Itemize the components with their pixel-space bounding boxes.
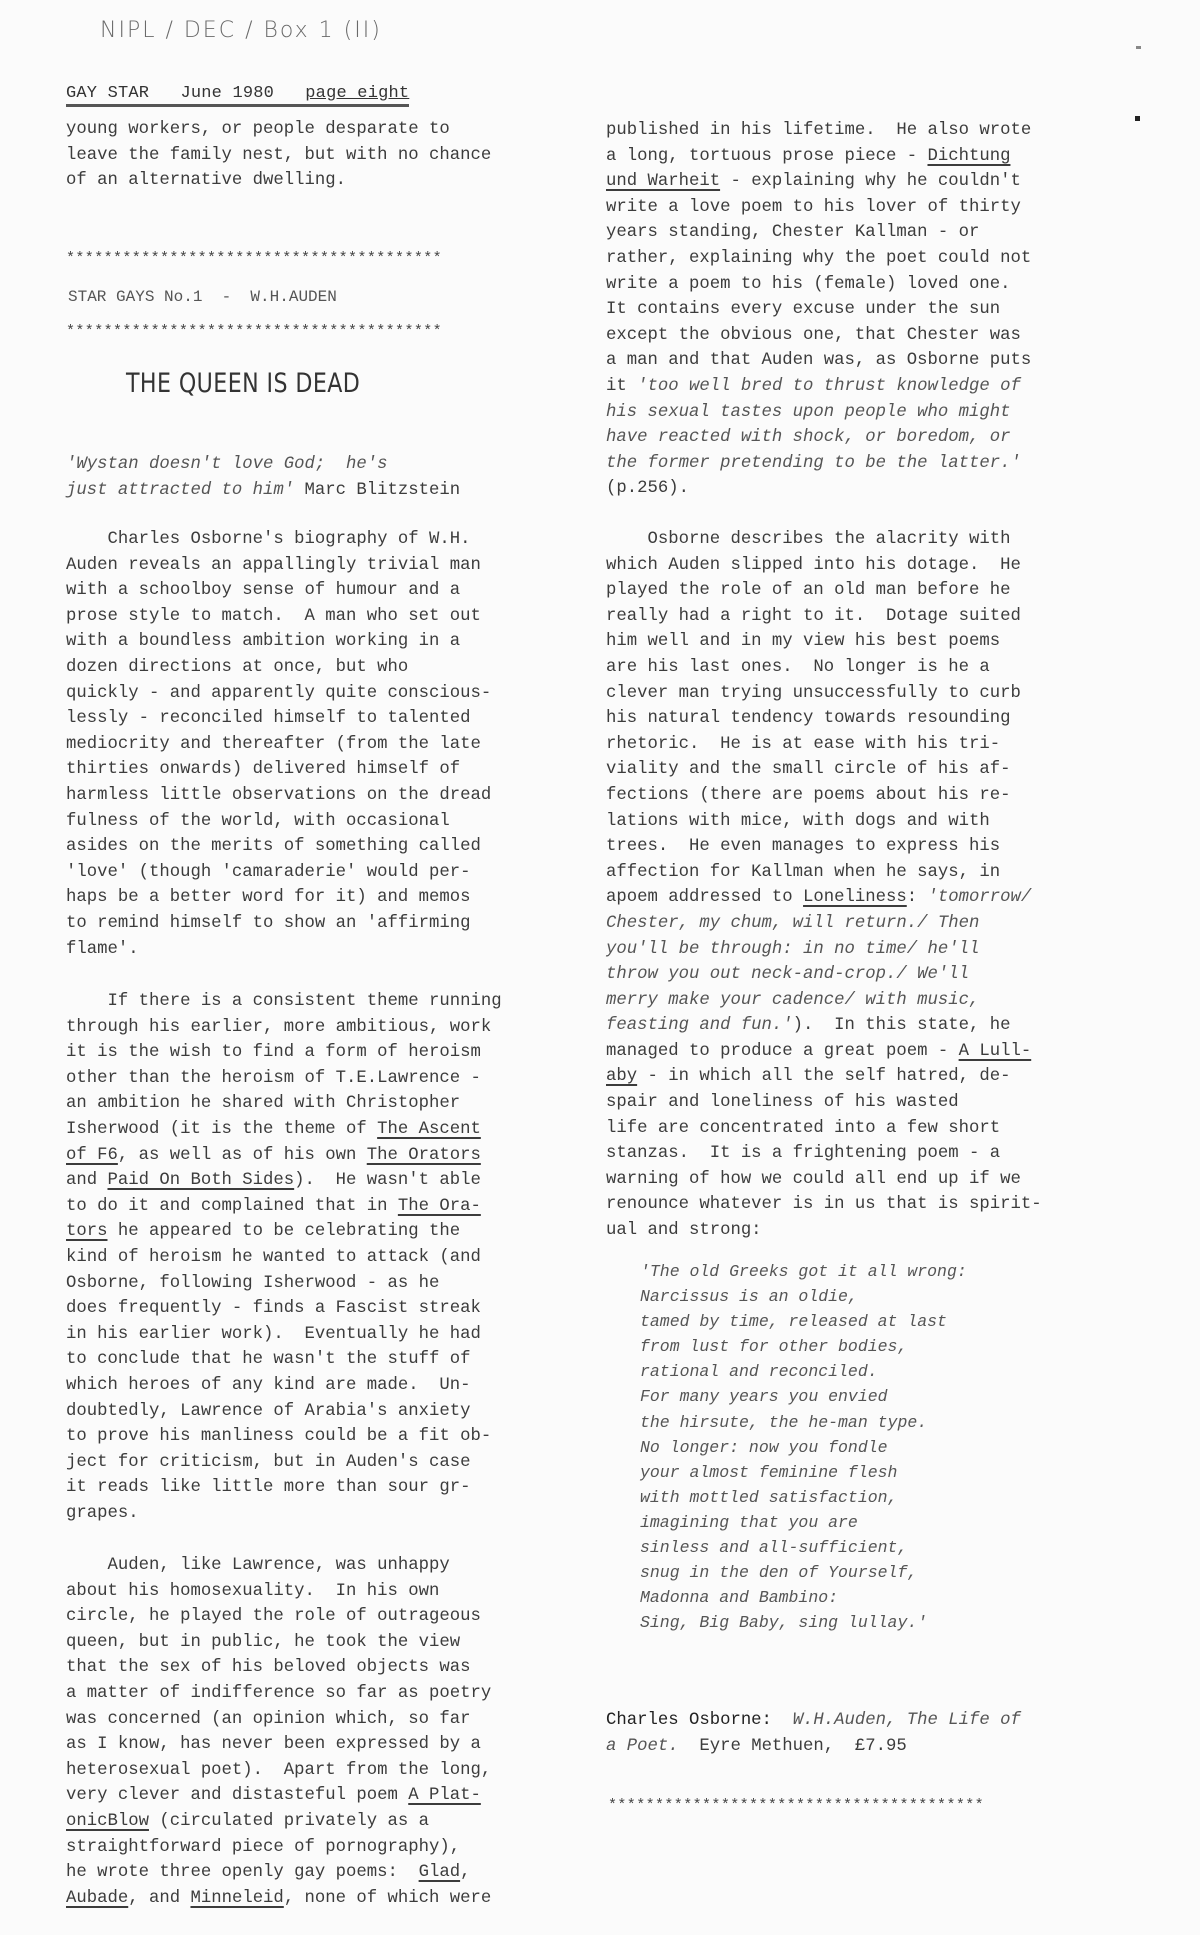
epigraph-quote-2: just attracted to him' xyxy=(66,481,294,500)
italic-quote: Chester, my chum, will return./ Then xyxy=(606,914,979,933)
text-line: he wrote three openly gay poems: Glad, xyxy=(66,1860,491,1886)
poem-line: For many years you envied xyxy=(640,1384,967,1409)
text-line: the former pretending to be the latter.' xyxy=(606,451,1031,477)
poem-line: Madonna and Bambino: xyxy=(640,1585,967,1610)
italic-quote: the former pretending to be the latter.' xyxy=(606,454,1021,473)
text-line: was concerned (an opinion which, so far xyxy=(66,1707,491,1733)
text-line: Auden, like Lawrence, was unhappy xyxy=(66,1553,491,1579)
issue-date: June 1980 xyxy=(180,84,274,103)
text-line: Charles Osborne's biography of W.H. xyxy=(66,527,491,553)
margin-dot xyxy=(1135,116,1140,121)
underlined-title: und Warheit xyxy=(606,172,720,191)
text-line: his natural tendency towards resounding xyxy=(606,706,1042,732)
italic-quote: 'too well bred to thrust knowledge of xyxy=(637,377,1021,396)
underlined-title: A Lull- xyxy=(959,1042,1032,1061)
poem-line: your almost feminine flesh xyxy=(640,1460,967,1485)
text-line: quickly - and apparently quite conscious… xyxy=(66,681,491,707)
italic-quote: merry make your cadence/ with music, xyxy=(606,991,979,1010)
text-line: to remind himself to show an 'affirming xyxy=(66,911,491,937)
poem-line: from lust for other bodies, xyxy=(640,1334,967,1359)
poem-line: imagining that you are xyxy=(640,1510,967,1535)
text-line: Osborne, following Isherwood - as he xyxy=(66,1271,502,1297)
text-line: mediocrity and thereafter (from the late xyxy=(66,732,491,758)
text-line: feasting and fun.'). In this state, he xyxy=(606,1013,1042,1039)
text-line: lessly - reconciled himself to talented xyxy=(66,706,491,732)
text-line: have reacted with shock, or boredom, or xyxy=(606,425,1031,451)
italic-quote: feasting and fun.' xyxy=(606,1016,793,1035)
text-line: it is the wish to find a form of heroism xyxy=(66,1040,502,1066)
poem-line: No longer: now you fondle xyxy=(640,1435,967,1460)
text-line: Isherwood (it is the theme of The Ascent xyxy=(66,1117,502,1143)
underlined-title: Minneleid xyxy=(190,1889,283,1908)
text-line: Osborne describes the alacrity with xyxy=(606,527,1042,553)
text-line: his sexual tastes upon people who might xyxy=(606,400,1031,426)
text-line: other than the heroism of T.E.Lawrence - xyxy=(66,1066,502,1092)
text-line: viality and the small circle of his af- xyxy=(606,757,1042,783)
underlined-title: A Plat- xyxy=(408,1786,481,1805)
text-line: rather, explaining why the poet could no… xyxy=(606,246,1031,272)
text-line: in his earlier work). Eventually he had xyxy=(66,1322,502,1348)
text-line: tors he appeared to be celebrating the xyxy=(66,1219,502,1245)
text-line: as I know, has never been expressed by a xyxy=(66,1732,491,1758)
text-line: that the sex of his beloved objects was xyxy=(66,1655,491,1681)
right-paragraph-1: published in his lifetime. He also wrote… xyxy=(606,118,1031,502)
text-line: it reads like little more than sour gr- xyxy=(66,1475,502,1501)
text-line: does frequently - finds a Fascist streak xyxy=(66,1296,502,1322)
text-line: onicBlow (circulated privately as a xyxy=(66,1809,491,1835)
right-paragraph-2: Osborne describes the alacrity withwhich… xyxy=(606,527,1042,1244)
poem-line: tamed by time, released at last xyxy=(640,1309,967,1334)
left-column-carryover: young workers, or people desparate tolea… xyxy=(66,117,596,194)
text-line: (p.256). xyxy=(606,476,1031,502)
text-line: fections (there are poems about his re- xyxy=(606,783,1042,809)
star-divider-bottom: **************************************** xyxy=(66,323,442,340)
corner-mark xyxy=(1136,46,1141,49)
article-headline: THE QUEEN IS DEAD xyxy=(126,368,360,399)
poem-line: with mottled satisfaction, xyxy=(640,1485,967,1510)
text-line: und Warheit - explaining why he couldn't xyxy=(606,169,1031,195)
text-line: fulness of the world, with occasional xyxy=(66,809,491,835)
text-line: you'll be through: in no time/ he'll xyxy=(606,937,1042,963)
text-line: him well and in my view his best poems xyxy=(606,629,1042,655)
text-line: it 'too well bred to thrust knowledge of xyxy=(606,374,1031,400)
underlined-title: The Ora- xyxy=(398,1197,481,1216)
text-line: managed to produce a great poem - A Lull… xyxy=(606,1039,1042,1065)
citation-title-1: W.H.Auden, The Life of xyxy=(793,1711,1021,1730)
text-line: Chester, my chum, will return./ Then xyxy=(606,911,1042,937)
italic-quote: you'll be through: in no time/ he'll xyxy=(606,940,979,959)
text-line: ual and strong: xyxy=(606,1218,1042,1244)
text-line: clever man trying unsuccessfully to curb xyxy=(606,681,1042,707)
text-line: and Paid On Both Sides). He wasn't able xyxy=(66,1168,502,1194)
text-line: leave the family nest, but with no chanc… xyxy=(66,143,596,169)
left-paragraph-3: Auden, like Lawrence, was unhappyabout h… xyxy=(66,1553,491,1911)
text-line: rhetoric. He is at ease with his tri- xyxy=(606,732,1042,758)
citation-author: Charles Osborne: xyxy=(606,1711,772,1730)
text-line: to conclude that he wasn't the stuff of xyxy=(66,1347,502,1373)
text-line: dozen directions at once, but who xyxy=(66,655,491,681)
text-line: 'love' (though 'camaraderie' would per- xyxy=(66,860,491,886)
underlined-title: onicBlow xyxy=(66,1812,149,1831)
italic-quote: 'tomorrow/ xyxy=(928,888,1032,907)
poem-line: Sing, Big Baby, sing lullay.' xyxy=(640,1610,967,1635)
text-line: of F6, as well as of his own The Orators xyxy=(66,1143,502,1169)
italic-quote: have reacted with shock, or boredom, or xyxy=(606,428,1010,447)
poem-line: snug in the den of Yourself, xyxy=(640,1560,967,1585)
text-line: doubtedly, Lawrence of Arabia's anxiety xyxy=(66,1399,502,1425)
poem-line: rational and reconciled. xyxy=(640,1359,967,1384)
text-line: lations with mice, with dogs and with xyxy=(606,809,1042,835)
text-line: thirties onwards) delivered himself of xyxy=(66,757,491,783)
underlined-title: The Ascent xyxy=(377,1120,481,1139)
text-line: kind of heroism he wanted to attack (and xyxy=(66,1245,502,1271)
text-line: years standing, Chester Kallman - or xyxy=(606,220,1031,246)
text-line: If there is a consistent theme running xyxy=(66,989,502,1015)
underlined-title: Loneliness xyxy=(803,888,907,907)
text-line: published in his lifetime. He also wrote xyxy=(606,118,1031,144)
publication-name: GAY STAR xyxy=(66,84,149,103)
citation-price: £7.95 xyxy=(855,1737,907,1756)
text-line: through his earlier, more ambitious, wor… xyxy=(66,1015,502,1041)
text-line: Auden reveals an appallingly trivial man xyxy=(66,553,491,579)
text-line: spair and loneliness of his wasted xyxy=(606,1090,1042,1116)
poem-line: Narcissus is an oldie, xyxy=(640,1284,967,1309)
page-number: page eight xyxy=(305,84,409,103)
italic-quote: throw you out neck-and-crop./ We'll xyxy=(606,965,969,984)
archive-reference: NIPL / DEC / Box 1 (II) xyxy=(100,18,382,43)
masthead: GAY STAR June 1980 page eight xyxy=(66,84,409,107)
text-line: to do it and complained that in The Ora- xyxy=(66,1194,502,1220)
text-line: throw you out neck-and-crop./ We'll xyxy=(606,962,1042,988)
underlined-title: of F6 xyxy=(66,1146,118,1165)
epigraph-attribution: Marc Blitzstein xyxy=(294,481,460,500)
text-line: grapes. xyxy=(66,1501,502,1527)
underlined-title: aby xyxy=(606,1067,637,1086)
text-line: affection for Kallman when he says, in xyxy=(606,860,1042,886)
underlined-title: Paid On Both Sides xyxy=(107,1171,294,1190)
underlined-title: Aubade xyxy=(66,1889,128,1908)
underlined-title: tors xyxy=(66,1222,107,1241)
text-line: It contains every excuse under the sun xyxy=(606,297,1031,323)
text-line: asides on the merits of something called xyxy=(66,834,491,860)
text-line: a matter of indifference so far as poetr… xyxy=(66,1681,491,1707)
text-line: apoem addressed to Loneliness: 'tomorrow… xyxy=(606,885,1042,911)
star-divider-top: **************************************** xyxy=(66,250,442,267)
text-line: prose style to match. A man who set out xyxy=(66,604,491,630)
star-divider-end: **************************************** xyxy=(608,1797,984,1814)
series-label: STAR GAYS No.1 - W.H.AUDEN xyxy=(68,288,337,306)
text-line: of an alternative dwelling. xyxy=(66,168,596,194)
text-line: a man and that Auden was, as Osborne put… xyxy=(606,348,1031,374)
text-line: write a poem to his (female) loved one. xyxy=(606,272,1031,298)
text-line: about his homosexuality. In his own xyxy=(66,1579,491,1605)
text-line: ject for criticism, but in Auden's case xyxy=(66,1450,502,1476)
text-line: young workers, or people desparate to xyxy=(66,117,596,143)
text-line: write a love poem to his lover of thirty xyxy=(606,195,1031,221)
text-line: straightforward piece of pornography), xyxy=(66,1835,491,1861)
epigraph: 'Wystan doesn't love God; he's just attr… xyxy=(66,452,460,503)
text-line: except the obvious one, that Chester was xyxy=(606,323,1031,349)
text-line: played the role of an old man before he xyxy=(606,578,1042,604)
text-line: trees. He even manages to express his xyxy=(606,834,1042,860)
poem-quotation: 'The old Greeks got it all wrong:Narciss… xyxy=(640,1259,967,1635)
left-paragraph-1: Charles Osborne's biography of W.H.Auden… xyxy=(66,527,491,962)
citation-title-2: a Poet. xyxy=(606,1737,679,1756)
text-line: to prove his manliness could be a fit ob… xyxy=(66,1424,502,1450)
left-paragraph-2: If there is a consistent theme runningth… xyxy=(66,989,502,1526)
newsletter-page: NIPL / DEC / Box 1 (II) GAY STAR June 19… xyxy=(0,0,1200,1935)
text-line: harmless little observations on the drea… xyxy=(66,783,491,809)
text-line: very clever and distasteful poem A Plat- xyxy=(66,1783,491,1809)
text-line: circle, he played the role of outrageous xyxy=(66,1604,491,1630)
text-line: aby - in which all the self hatred, de- xyxy=(606,1064,1042,1090)
citation-publisher: Eyre Methuen, xyxy=(699,1737,834,1756)
underlined-title: Dichtung xyxy=(927,147,1010,166)
text-line: with a boundless ambition working in a xyxy=(66,629,491,655)
text-line: an ambition he shared with Christopher xyxy=(66,1091,502,1117)
poem-line: the hirsute, the he-man type. xyxy=(640,1410,967,1435)
underlined-title: The Orators xyxy=(367,1146,481,1165)
text-line: life are concentrated into a few short xyxy=(606,1116,1042,1142)
text-line: queen, but in public, he took the view xyxy=(66,1630,491,1656)
epigraph-quote-1: 'Wystan doesn't love God; he's xyxy=(66,455,387,474)
text-line: warning of how we could all end up if we xyxy=(606,1167,1042,1193)
text-line: Aubade, and Minneleid, none of which wer… xyxy=(66,1886,491,1912)
text-line: haps be a better word for it) and memos xyxy=(66,885,491,911)
text-line: with a schoolboy sense of humour and a xyxy=(66,578,491,604)
text-line: flame'. xyxy=(66,937,491,963)
text-line: heterosexual poet). Apart from the long, xyxy=(66,1758,491,1784)
text-line: which Auden slipped into his dotage. He xyxy=(606,553,1042,579)
text-line: merry make your cadence/ with music, xyxy=(606,988,1042,1014)
poem-line: sinless and all-sufficient, xyxy=(640,1535,967,1560)
text-line: a long, tortuous prose piece - Dichtung xyxy=(606,144,1031,170)
poem-line: 'The old Greeks got it all wrong: xyxy=(640,1259,967,1284)
text-line: are his last ones. No longer is he a xyxy=(606,655,1042,681)
text-line: stanzas. It is a frightening poem - a xyxy=(606,1141,1042,1167)
italic-quote: his sexual tastes upon people who might xyxy=(606,403,1010,422)
book-citation: Charles Osborne: W.H.Auden, The Life of … xyxy=(606,1708,1021,1759)
underlined-title: Glad xyxy=(419,1863,460,1882)
text-line: renounce whatever is in us that is spiri… xyxy=(606,1192,1042,1218)
text-line: really had a right to it. Dotage suited xyxy=(606,604,1042,630)
text-line: which heroes of any kind are made. Un- xyxy=(66,1373,502,1399)
